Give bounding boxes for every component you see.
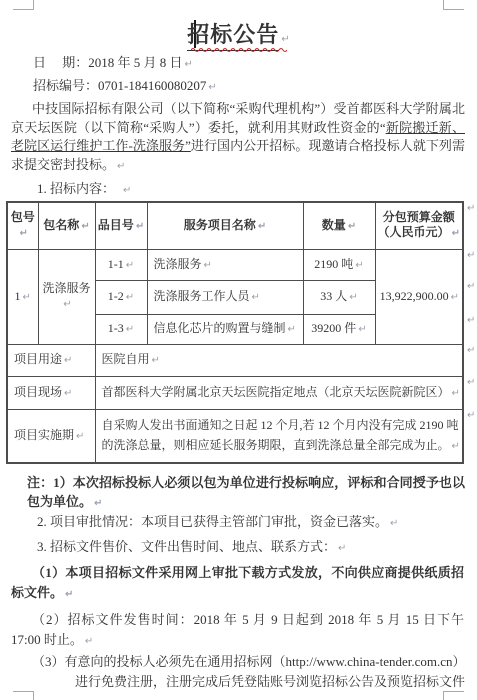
sub-item-2: （2）招标文件发售时间：2018 年 5 月 9 日起到 2018 年 5 月 … [11,610,464,651]
paragraph-mark-icon: ↵ [451,292,459,303]
sub-item-1-text: （1）本项目招标文件采用网上审批下载方式发放，不向供应商提供纸质招标文件。 [11,565,464,600]
paragraph-mark-icon: ↵ [452,441,460,452]
paragraph-mark-icon: ↵ [338,543,346,554]
section-2-line: 2. 项目审批情况：本项目已获得主管部门审批，资金已落实。↵ [37,515,398,531]
section-3-line: 3. 招标文件售价、文件出售时间、地点、联系方式：↵ [37,540,346,556]
margin-crop-mark-top-right [443,0,464,10]
paragraph-mark-icon: ↵ [65,589,73,600]
table-row: 1↵ 洗涤服务↵ 1-1↵ 洗涤服务↵ 2190 吨↵ 13,922,900.0… [7,249,463,280]
sub-item-2-text: （2）招标文件发售时间：2018 年 5 月 9 日起到 2018 年 5 月 … [11,612,464,647]
margin-crop-mark-top-left [13,0,34,10]
cell-item-no: 1-2↵ [95,280,147,314]
paragraph-mark-icon: ↵ [288,324,296,335]
cell-service: 信息化芯片的购置与缝制↵ [147,314,303,344]
paragraph-mark-icon: ↵ [94,498,102,509]
paragraph-mark-icon: ↵ [23,292,31,303]
cell-info-label: 项目实施期↵ [7,409,95,463]
header-package-name: 包名称↵ [38,202,95,249]
paragraph-mark-icon: ↵ [204,260,212,271]
paragraph-mark-icon: ↵ [81,221,89,232]
note-text: 注：1）本次招标投标人必须以包为单位进行投标响应，评标和合同授予也以包为单位。 [27,475,465,509]
cell-budget: 13,922,900.00↵ [375,249,463,344]
paragraph-mark-icon: ↵ [123,185,131,196]
paragraph-mark-icon: ↵ [63,299,71,310]
paragraph-mark-icon: ↵ [348,221,356,232]
paragraph-mark-icon: ↵ [467,410,475,421]
date-value: 2018 年 5 月 8 日 [88,55,182,70]
cell-qty: 39200 件↵ [303,314,375,344]
section-1-heading: 1. 招标内容：↵ [37,182,131,198]
paragraph-mark-icon: ↵ [467,345,475,356]
table-row: 项目现场↵ 首都医科大学附属北京天坛医院指定地点（北京天坛医院新院区）↵ [7,376,463,409]
cell-info-label: 项目现场↵ [7,376,95,409]
margin-crop-mark-bottom-right [443,691,464,700]
cell-package-name: 洗涤服务↵ [38,249,95,344]
cell-info-value: 自采购人发出书面通知之日起 12 个月,若 12 个月内没有完成 2190 吨的… [95,409,463,463]
paragraph-mark-icon: ↵ [467,377,475,388]
date-label: 日 期： [33,55,88,70]
paragraph-mark-icon: ↵ [136,221,144,232]
table-row: 项目用途↵ 医院自用↵ [7,344,463,376]
paragraph-mark-icon: ↵ [117,161,125,172]
paragraph-mark-icon: ↵ [467,203,475,214]
paragraph-mark-icon: ↵ [64,388,72,399]
cell-info-value: 医院自用↵ [95,344,463,376]
paragraph-mark-icon: ↵ [85,636,93,647]
cell-service: 洗涤服务工作人员↵ [147,280,303,314]
paragraph-mark-icon: ↵ [467,315,475,326]
cell-info-value: 首都医科大学附属北京天坛医院指定地点（北京天坛医院新院区）↵ [95,376,463,409]
section-1-label: 1. 招标内容： [37,181,115,196]
sub-item-3: （3）有意向的投标人必须先在通用招标网（http://www.china-ten… [11,652,471,691]
header-service-name: 服务项目名称↵ [147,202,303,249]
intro-paragraph: 中技国际招标有限公司（以下简称“采购代理机构”）受首都医科大学附属北京天坛医院（… [11,100,465,176]
cell-item-no: 1-3↵ [95,314,147,344]
header-budget: 分包预算金额（人民币元）↵ [375,202,463,249]
paragraph-mark-icon: ↵ [258,221,266,232]
paragraph-mark-icon: ↵ [355,260,363,271]
paragraph-mark-icon: ↵ [467,281,475,292]
paragraph-mark-icon: ↵ [452,228,460,239]
margin-crop-mark-bottom-left [13,691,34,700]
paragraph-mark-icon: ↵ [126,260,134,271]
note-paragraph: 注：1）本次招标投标人必须以包为单位进行投标响应，评标和合同授予也以包为单位。↵ [27,473,465,513]
paragraph-mark-icon: ↵ [390,518,398,529]
paragraph-mark-icon: ↵ [452,388,460,399]
cell-qty: 2190 吨↵ [303,249,375,280]
section-3-text: 3. 招标文件售价、文件出售时间、地点、联系方式： [37,539,336,554]
bid-content-table: 包号↵ 包名称↵ 品目号↵ 服务项目名称↵ 数量↵ 分包预算金额（人民币元）↵ … [6,201,464,464]
paragraph-mark-icon: ↵ [126,292,134,303]
table-row: 项目实施期↵ 自采购人发出书面通知之日起 12 个月,若 12 个月内没有完成 … [7,409,463,463]
cell-service: 洗涤服务↵ [147,249,303,280]
spellcheck-squiggle [0,47,477,52]
paragraph-mark-icon: ↵ [20,228,28,239]
sub-item-1: （1）本项目招标文件采用网上审批下载方式发放，不向供应商提供纸质招标文件。↵ [11,563,464,604]
cell-item-no: 1-1↵ [95,249,147,280]
paragraph-mark-icon: ↵ [126,324,134,335]
ref-number-line: 招标编号：0701-184160080207↵ [33,79,217,95]
paragraph-mark-icon: ↵ [76,431,84,442]
cell-qty: 33 人↵ [303,280,375,314]
table-header-row: 包号↵ 包名称↵ 品目号↵ 服务项目名称↵ 数量↵ 分包预算金额（人民币元）↵ [7,202,463,249]
header-quantity: 数量↵ [303,202,375,249]
paragraph-mark-icon: ↵ [252,292,260,303]
paragraph-mark-icon: ↵ [467,250,475,261]
document-page: 招标公告↵ 日 期：2018 年 5 月 8 日↵ 招标编号：0701-1841… [0,0,477,700]
cell-package-no: 1↵ [7,249,38,344]
bid-table-wrap: 包号↵ 包名称↵ 品目号↵ 服务项目名称↵ 数量↵ 分包预算金额（人民币元）↵ … [6,201,464,464]
paragraph-mark-icon: ↵ [281,34,289,45]
paragraph-mark-icon: ↵ [152,355,160,366]
ref-value: 0701-184160080207 [98,78,206,93]
cell-info-label: 项目用途↵ [7,344,95,376]
header-package-no: 包号↵ [7,202,38,249]
sub-item-3-line1: （3）有意向的投标人必须先在通用招标网（http://www.china-ten… [32,654,466,669]
header-item-no: 品目号↵ [95,202,147,249]
paragraph-mark-icon: ↵ [185,59,193,70]
paragraph-mark-icon: ↵ [64,355,72,366]
paragraph-mark-icon: ↵ [208,82,216,93]
ref-label: 招标编号： [33,78,98,93]
sub-item-3-line2: 进行免费注册，注册完成后凭登陆账号浏览招标公告及预览招标文件 [75,674,465,689]
paragraph-mark-icon: ↵ [358,324,366,335]
section-2-text: 2. 项目审批情况：本项目已获得主管部门审批，资金已落实。 [37,514,388,529]
paragraph-mark-icon: ↵ [349,292,357,303]
date-line: 日 期：2018 年 5 月 8 日↵ [33,56,193,72]
